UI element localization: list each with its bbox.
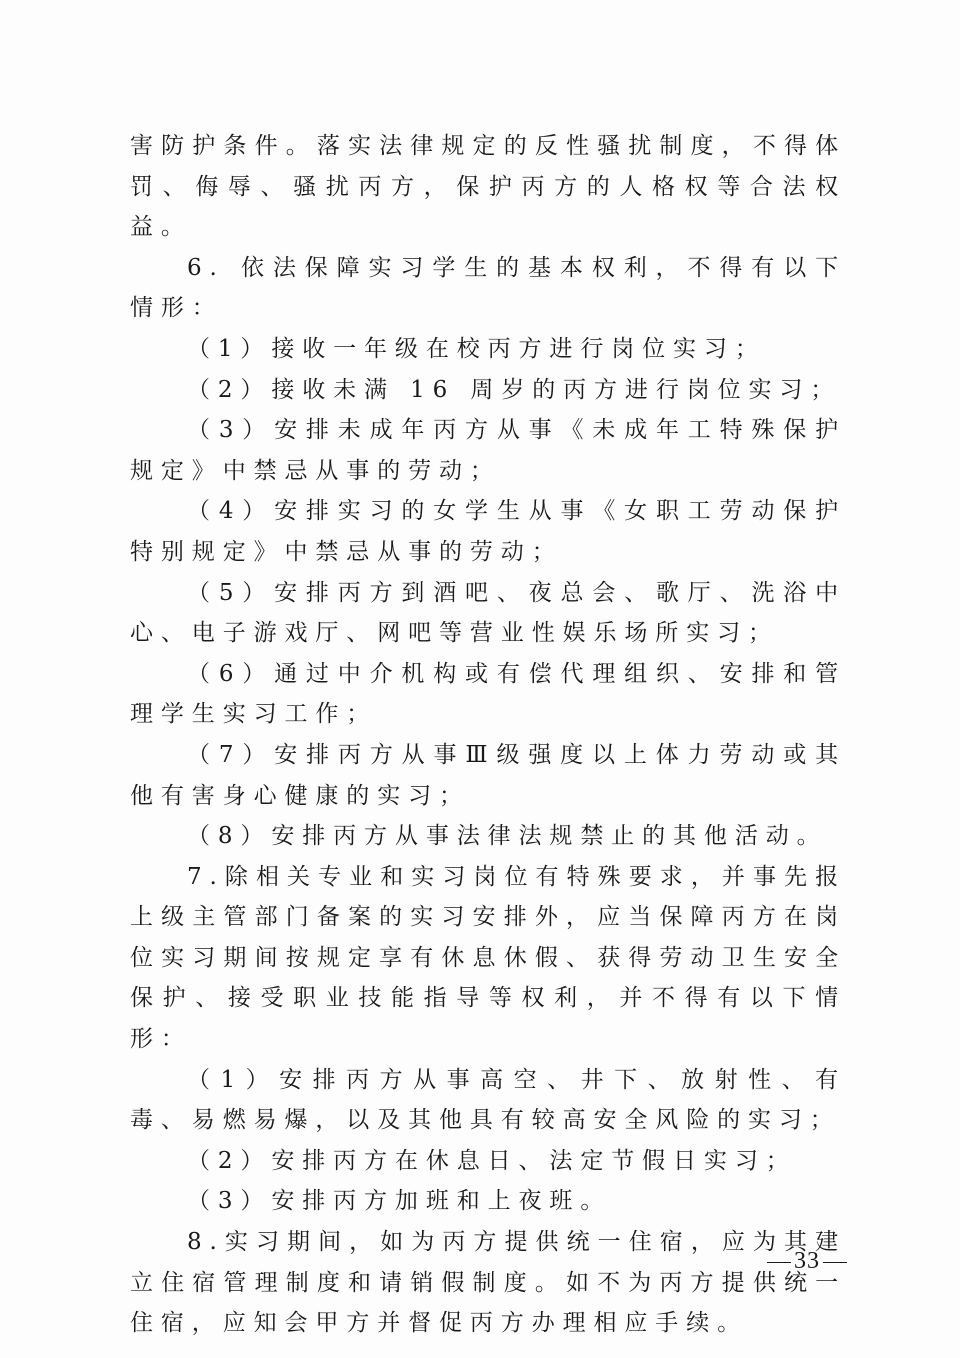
list-item: （2）接收未满 16 周岁的丙方进行岗位实习； (130, 370, 846, 411)
paragraph-item-7: 7.除相关专业和实习岗位有特殊要求，并事先报上级主管部门备案的实习安排外，应当保… (130, 857, 846, 1060)
paragraph-item-6: 6. 依法保障实习学生的基本权利，不得有以下情形： (130, 248, 846, 329)
list-item: （4）安排实习的女学生从事《女职工劳动保护特别规定》中禁忌从事的劳动； (130, 491, 846, 572)
list-item: （5）安排丙方到酒吧、夜总会、歌厅、洗浴中心、电子游戏厅、网吧等营业性娱乐场所实… (130, 573, 846, 654)
paragraph-item-8: 8.实习期间，如为丙方提供统一住宿，应为其建立住宿管理制度和请销假制度。如不为丙… (130, 1222, 846, 1344)
list-item: （2）安排丙方在休息日、法定节假日实习； (130, 1141, 846, 1182)
list-item: （8）安排丙方从事法律法规禁止的其他活动。 (130, 816, 846, 857)
dash-right (823, 1262, 847, 1264)
document-body: 害防护条件。落实法律规定的反性骚扰制度，不得体罚、侮辱、骚扰丙方，保护丙方的人格… (130, 126, 846, 1344)
dash-left (767, 1262, 791, 1264)
list-item: （3）安排未成年丙方从事《未成年工特殊保护规定》中禁忌从事的劳动； (130, 410, 846, 491)
list-item: （1）安排丙方从事高空、井下、放射性、有毒、易燃易爆，以及其他具有较高安全风险的… (130, 1060, 846, 1141)
list-item: （6）通过中介机构或有偿代理组织、安排和管理学生实习工作； (130, 654, 846, 735)
document-page: 害防护条件。落实法律规定的反性骚扰制度，不得体罚、侮辱、骚扰丙方，保护丙方的人格… (0, 0, 960, 1358)
page-number-value: 33 (794, 1248, 820, 1274)
list-item: （3）安排丙方加班和上夜班。 (130, 1181, 846, 1222)
list-item: （7）安排丙方从事Ⅲ级强度以上体力劳动或其他有害身心健康的实习； (130, 735, 846, 816)
page-number: 33 (764, 1248, 850, 1275)
paragraph-continuation: 害防护条件。落实法律规定的反性骚扰制度，不得体罚、侮辱、骚扰丙方，保护丙方的人格… (130, 126, 846, 248)
list-item: （1）接收一年级在校丙方进行岗位实习； (130, 329, 846, 370)
